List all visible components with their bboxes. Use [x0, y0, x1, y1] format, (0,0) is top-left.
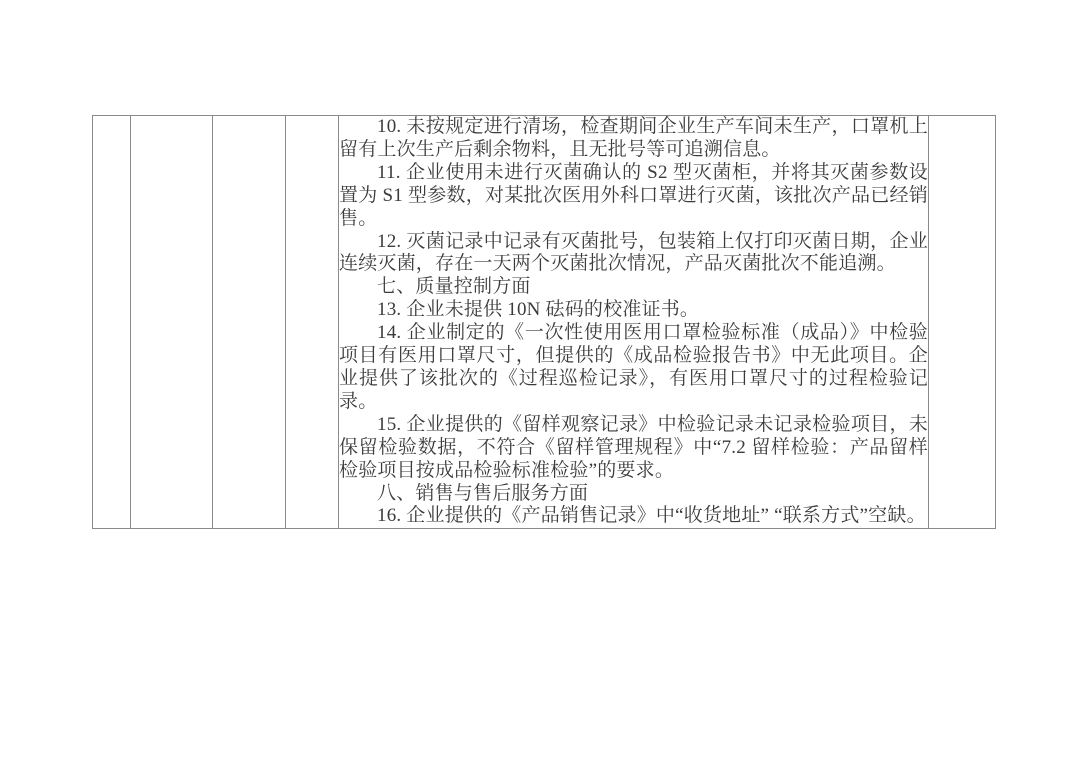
cell-empty-4	[286, 116, 339, 529]
cell-empty-3	[213, 116, 286, 529]
finding-item: 15. 企业提供的《留样观察记录》中检验记录未记录检验项目，未保留检验数据，不符…	[339, 414, 928, 483]
cell-empty-5	[929, 116, 996, 529]
finding-item: 10. 未按规定进行清场，检查期间企业生产车间未生产，口罩机上留有上次生产后剩余…	[339, 116, 928, 162]
cell-findings: 10. 未按规定进行清场，检查期间企业生产车间未生产，口罩机上留有上次生产后剩余…	[339, 116, 929, 529]
finding-item: 13. 企业未提供 10N 砝码的校准证书。	[339, 299, 928, 322]
finding-item: 11. 企业使用未进行灭菌确认的 S2 型灭菌柜，并将其灭菌参数设置为 S1 型…	[339, 162, 928, 231]
cell-empty-2	[131, 116, 213, 529]
finding-item: 16. 企业提供的《产品销售记录》中“收货地址” “联系方式”空缺。	[339, 505, 928, 528]
inspection-findings-table: 10. 未按规定进行清场，检查期间企业生产车间未生产，口罩机上留有上次生产后剩余…	[92, 115, 996, 529]
finding-item: 14. 企业制定的《一次性使用医用口罩检验标准（成品）》中检验项目有医用口罩尺寸…	[339, 322, 928, 414]
section-heading: 八、销售与售后服务方面	[339, 483, 928, 506]
cell-empty-1	[93, 116, 131, 529]
document-page: 10. 未按规定进行清场，检查期间企业生产车间未生产，口罩机上留有上次生产后剩余…	[0, 0, 1080, 763]
section-heading: 七、质量控制方面	[339, 276, 928, 299]
findings-text-block: 10. 未按规定进行清场，检查期间企业生产车间未生产，口罩机上留有上次生产后剩余…	[339, 116, 928, 528]
finding-item: 12. 灭菌记录中记录有灭菌批号，包装箱上仅打印灭菌日期，企业连续灭菌，存在一天…	[339, 231, 928, 277]
table-row: 10. 未按规定进行清场，检查期间企业生产车间未生产，口罩机上留有上次生产后剩余…	[93, 116, 996, 529]
